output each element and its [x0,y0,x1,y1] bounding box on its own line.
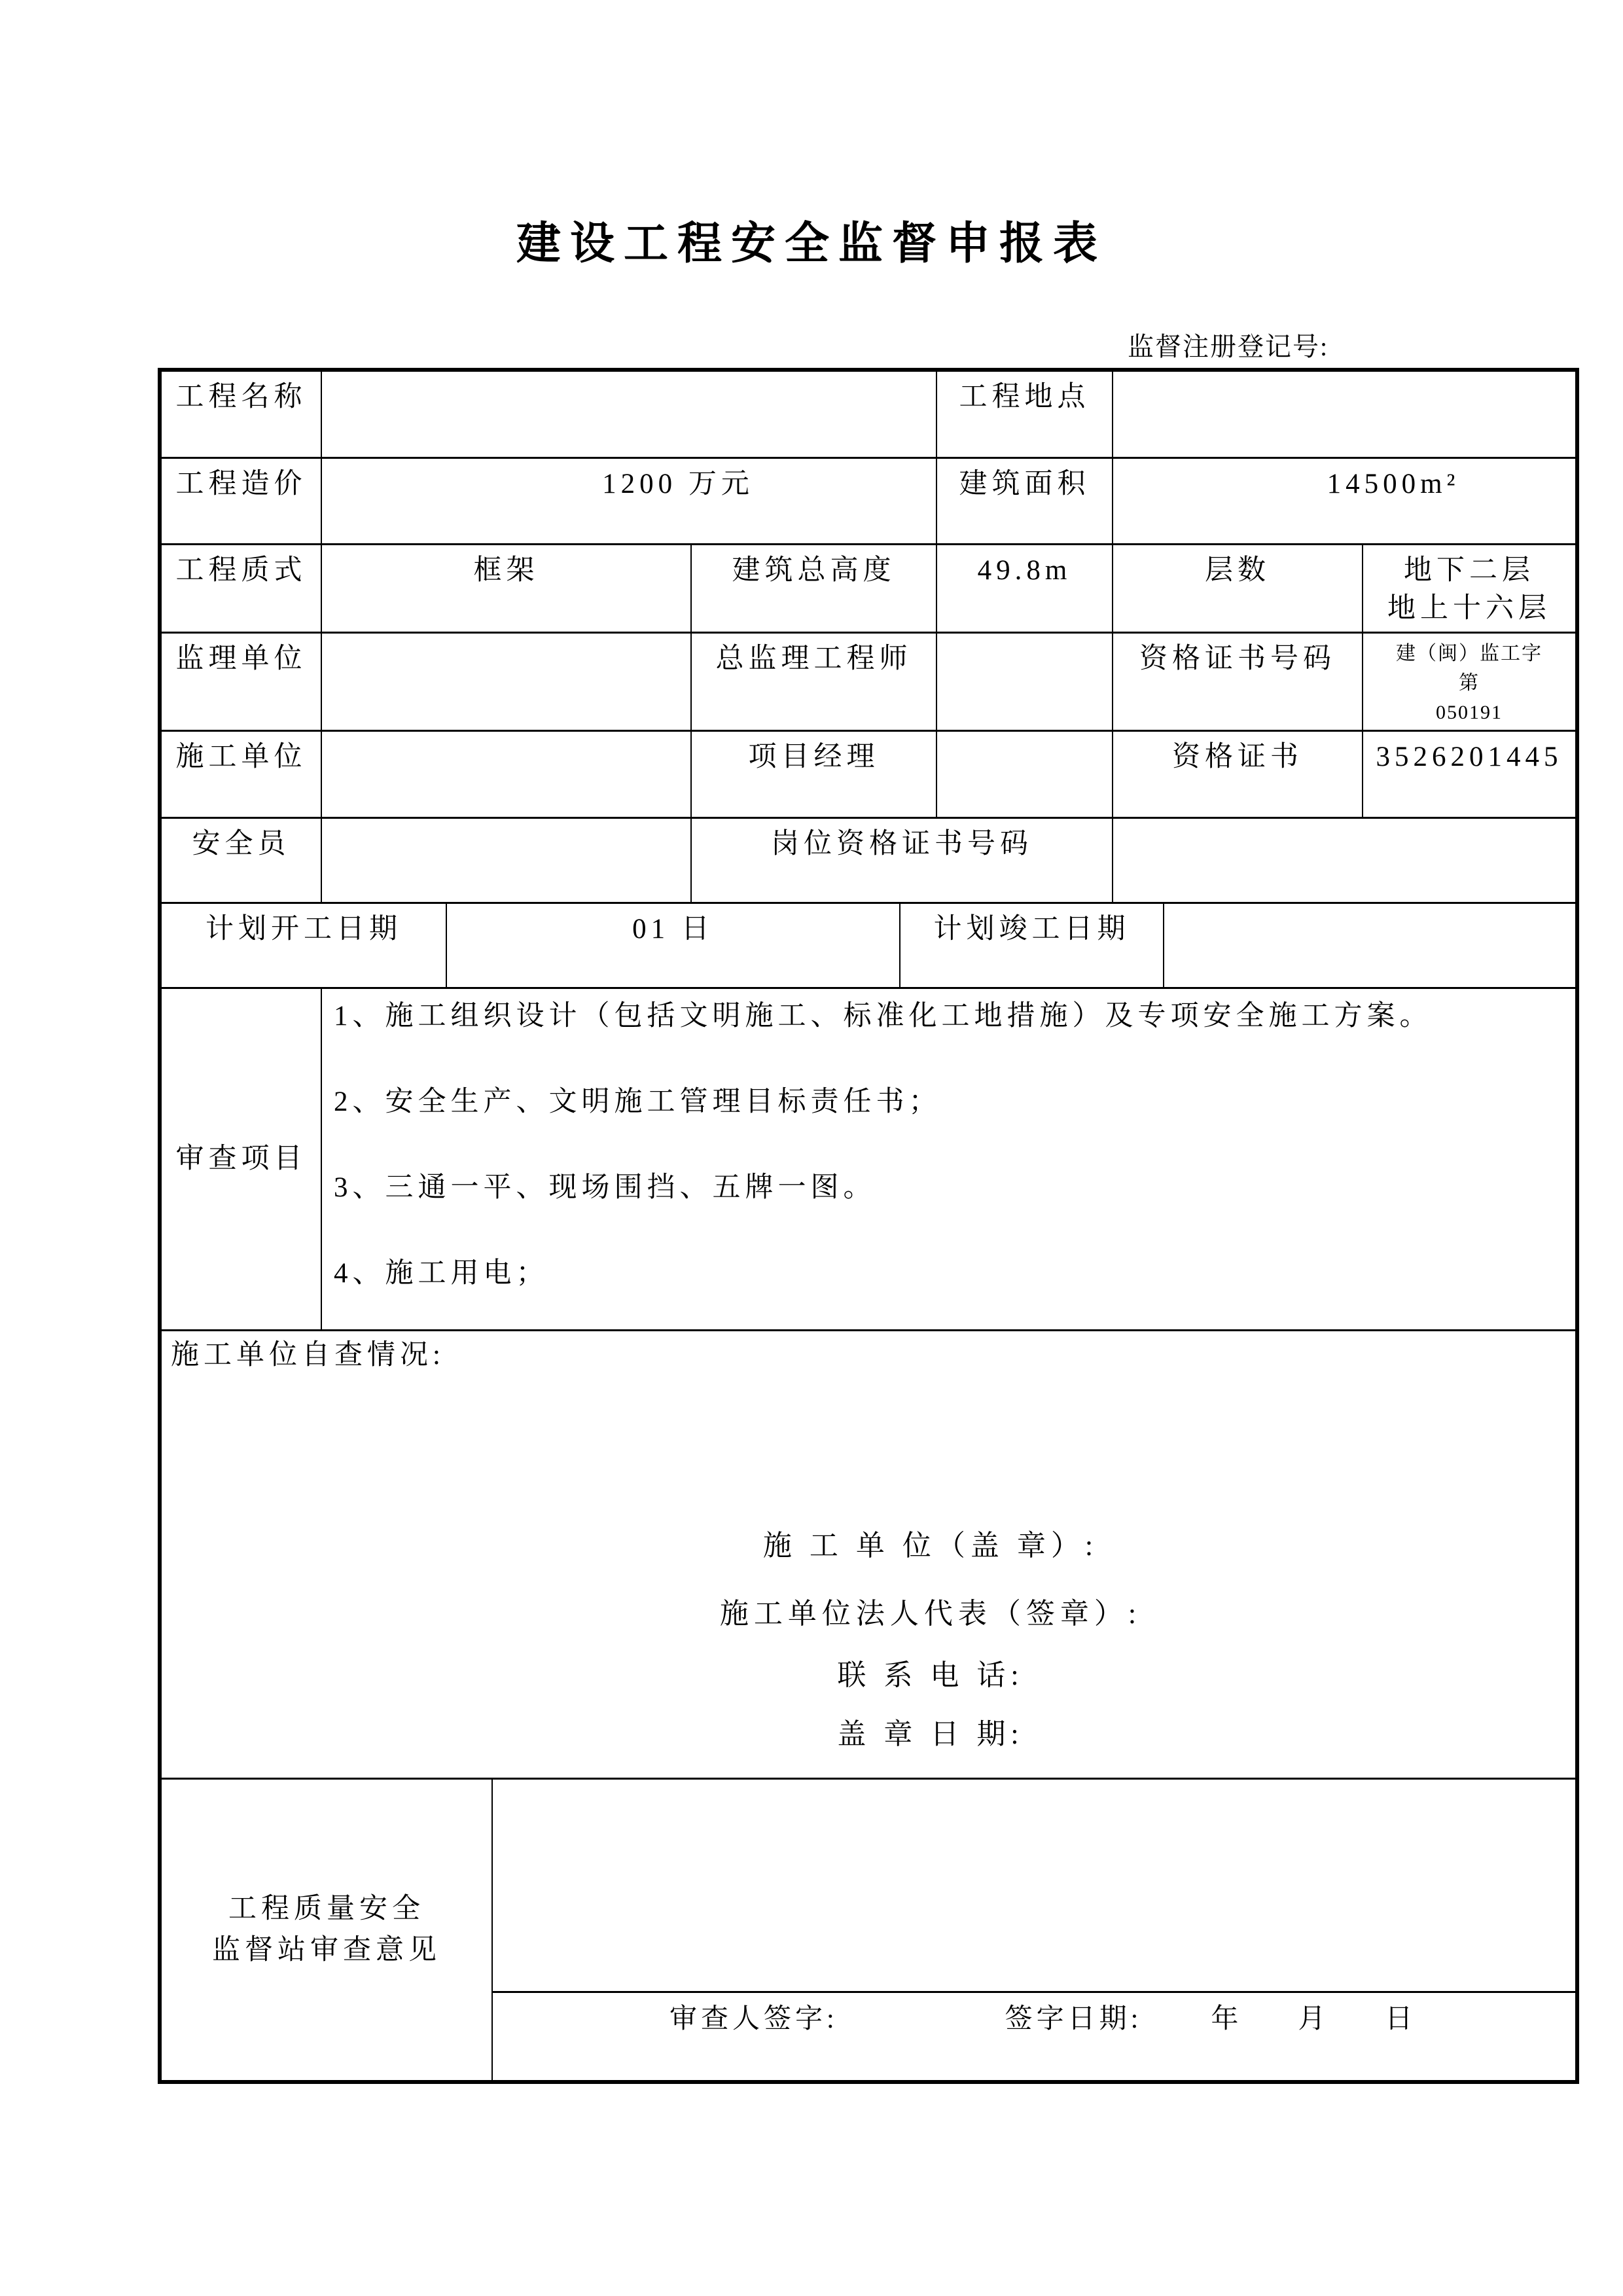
storeys-label: 层数 [1113,545,1363,632]
page-title: 建设工程安全监督申报表 [0,208,1623,272]
project-cost-value: 1200 万元 [322,459,937,543]
review-item-2: 2、安全生产、文明施工管理目标责任书； [334,1085,1562,1171]
contact-phone-line: 联 系 电 话: [224,1657,1575,1693]
supervision-registration-number-label: 监督注册登记号: [1128,326,1329,363]
supervision-unit-label: 监理单位 [162,634,322,730]
station-opinion-label: 工程质量安全 监督站审查意见 [162,1780,493,2080]
project-manager-label: 项目经理 [692,732,937,817]
safety-officer-value-cell [322,819,692,902]
post-cert-no-label: 岗位资格证书号码 [692,819,1113,902]
building-height-label: 建筑总高度 [692,545,937,632]
row-self-check: 施工单位自查情况: 施 工 单 位（盖 章）: 施工单位法人代表（签章）: 联 … [162,1331,1575,1780]
station-sign-row: 审查人签字: 签字日期: 年 月 日 [493,1991,1575,2080]
project-manager-value-cell [937,732,1113,817]
row-structure-type: 工程质式 框架 建筑总高度 49.8m 层数 地下二层 地上十六层 [162,545,1575,634]
chief-engineer-label: 总监理工程师 [692,634,937,730]
reviewer-signature-label: 审查人签字: [669,2002,838,2037]
construction-unit-stamp-line: 施 工 单 位（盖 章）: [224,1528,1575,1564]
project-name-value-cell [322,372,937,457]
planned-completion-date-label: 计划竣工日期 [901,904,1164,987]
project-location-label: 工程地点 [937,372,1113,457]
cert-no-line2: 第 [1363,668,1575,698]
legal-representative-sign-line: 施工单位法人代表（签章）: [224,1596,1575,1632]
row-project-cost: 工程造价 1200 万元 建筑面积 14500m² [162,459,1575,545]
stamp-date-line: 盖 章 日 期: [224,1716,1575,1752]
storeys-value-line2: 地上十六层 [1363,590,1575,628]
qualification-cert-no-value: 建（闽）监工字 第 050191 [1363,634,1575,730]
station-opinion-body: 审查人签字: 签字日期: 年 月 日 [493,1780,1575,2080]
planned-start-date-value: 01 日 [447,904,901,987]
planned-completion-date-value-cell [1164,904,1575,987]
structure-type-value: 框架 [322,545,692,632]
storeys-value-line1: 地下二层 [1363,552,1575,590]
project-cost-label: 工程造价 [162,459,322,543]
chief-engineer-value-cell [937,634,1113,730]
row-project-name: 工程名称 工程地点 [162,372,1575,459]
post-cert-no-value-cell [1113,819,1575,902]
cert-no-line3: 050191 [1363,698,1575,727]
self-check-cell: 施工单位自查情况: 施 工 单 位（盖 章）: 施工单位法人代表（签章）: 联 … [162,1331,1575,1778]
declaration-form-table: 工程名称 工程地点 工程造价 1200 万元 建筑面积 14500m² 工程质式… [158,368,1579,2084]
row-safety-officer: 安全员 岗位资格证书号码 [162,819,1575,904]
signature-date-label: 签字日期: [1005,2002,1143,2037]
building-height-value: 49.8m [937,545,1113,632]
floor-area-value: 14500m² [1113,459,1575,543]
station-opinion-label-line1: 工程质量安全 [228,1889,425,1929]
row-station-opinion: 工程质量安全 监督站审查意见 审查人签字: 签字日期: 年 月 日 [162,1780,1575,2080]
project-name-label: 工程名称 [162,372,322,457]
review-item-4: 4、施工用电； [334,1257,1562,1329]
review-items-body: 1、施工组织设计（包括文明施工、标准化工地措施）及专项安全施工方案。 2、安全生… [322,989,1575,1329]
supervision-unit-value-cell [322,634,692,730]
qualification-cert-label: 资格证书 [1113,732,1363,817]
review-items-label: 审查项目 [162,989,322,1329]
review-item-3: 3、三通一平、现场围挡、五牌一图。 [334,1171,1562,1257]
station-opinion-blank-area [493,1780,1575,1991]
safety-officer-label: 安全员 [162,819,322,902]
storeys-value: 地下二层 地上十六层 [1363,545,1575,632]
project-location-value-cell [1113,372,1575,457]
station-opinion-label-line2: 监督站审查意见 [212,1930,441,1971]
planned-start-date-label: 计划开工日期 [162,904,447,987]
construction-unit-label: 施工单位 [162,732,322,817]
month-label: 月 [1298,2002,1329,2037]
floor-area-label: 建筑面积 [937,459,1113,543]
row-planned-dates: 计划开工日期 01 日 计划竣工日期 [162,904,1575,989]
row-construction-unit: 施工单位 项目经理 资格证书 3526201445 [162,732,1575,819]
review-item-1: 1、施工组织设计（包括文明施工、标准化工地措施）及专项安全施工方案。 [334,999,1562,1085]
cert-no-line1: 建（闽）监工字 [1363,639,1575,668]
structure-type-label: 工程质式 [162,545,322,632]
row-supervision-unit: 监理单位 总监理工程师 资格证书号码 建（闽）监工字 第 050191 [162,634,1575,732]
row-review-items: 审查项目 1、施工组织设计（包括文明施工、标准化工地措施）及专项安全施工方案。 … [162,989,1575,1331]
self-check-label: 施工单位自查情况: [171,1338,445,1373]
qualification-cert-no-label: 资格证书号码 [1113,634,1363,730]
construction-unit-value-cell [322,732,692,817]
year-label: 年 [1211,2002,1242,2037]
qualification-cert-value: 3526201445 [1363,732,1575,817]
day-label: 日 [1385,2002,1416,2037]
document-page: 建设工程安全监督申报表 监督注册登记号: 工程名称 工程地点 工程造价 1200… [0,0,1623,2296]
